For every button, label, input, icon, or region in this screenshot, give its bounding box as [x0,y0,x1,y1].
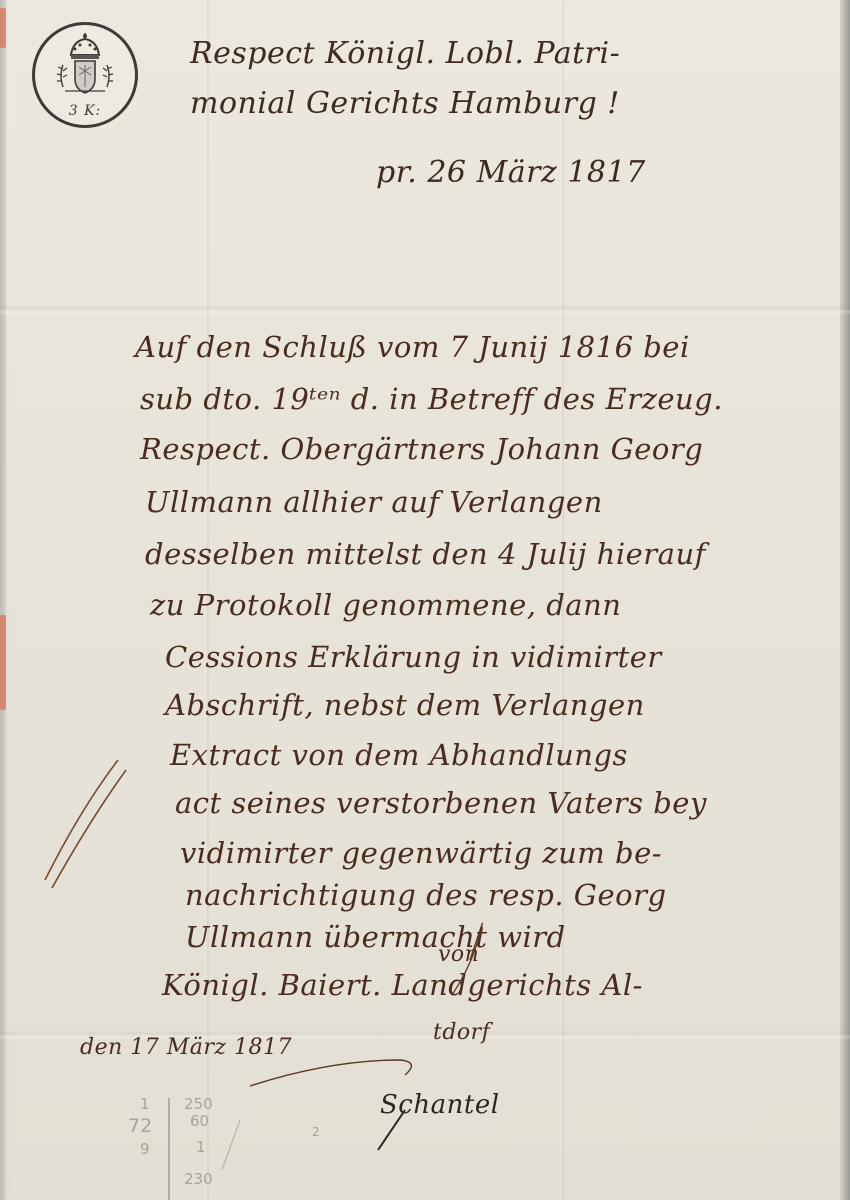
pencil-note: 1 [140,1095,150,1113]
body-line-2: sub dto. 19ᵗᵉⁿ d. in Betreff des Erzeug. [140,382,723,416]
pencil-divider [168,1098,170,1200]
address-line-1: Respect Königl. Lobl. Patri- [190,36,620,71]
authority-line-continuation: tdorf [433,1020,490,1045]
place-date: den 17 März 1817 [80,1035,292,1060]
authority-line: Königl. Baiert. Landgerichts Al- [162,968,643,1002]
received-date: pr. 26 März 1817 [376,155,646,190]
document-page: 3 K: Respect Königl. Lobl. Patri- monial… [0,0,850,1200]
body-line-4: Ullmann allhier auf Verlangen [145,485,603,519]
pencil-note: 1 [196,1138,206,1156]
pencil-note: 9 [140,1140,150,1158]
pencil-note: 2 [312,1125,320,1139]
page-right-edge [840,0,850,1200]
body-line-11: vidimirter gegenwärtig zum be- [180,836,662,870]
body-line-5: desselben mittelst den 4 Julij hierauf [145,537,706,571]
body-line-10: act seines verstorbenen Vaters bey [175,786,707,820]
stamp-value: 3 K: [35,103,135,119]
body-line-9: Extract von dem Abhandlungs [170,738,628,772]
body-line-1: Auf den Schluß vom 7 Junij 1816 bei [135,330,690,364]
page-left-edge [0,0,6,1200]
body-line-6: zu Protokoll genommene, dann [150,588,621,622]
tax-stamp: 3 K: [32,22,138,128]
pencil-note: 72 [128,1115,152,1137]
body-line-7: Cessions Erklärung in vidimirter [165,640,662,674]
closing-von: von [438,942,479,967]
red-seal-trace [0,8,6,48]
body-line-3: Respect. Obergärtners Johann Georg [140,432,703,466]
red-seal-trace [0,615,6,710]
signature: Schantel [380,1090,500,1120]
pencil-note: 250 [184,1095,213,1113]
fold-line-horizontal [0,305,850,315]
pencil-note: 60 [190,1112,209,1130]
body-line-8: Abschrift, nebst dem Verlangen [165,688,645,722]
body-line-13: Ullmann übermacht wird [185,920,566,954]
body-line-12: nachrichtigung des resp. Georg [185,878,667,912]
address-line-2: monial Gerichts Hamburg ! [190,86,620,121]
pencil-note: 230 [184,1170,213,1188]
